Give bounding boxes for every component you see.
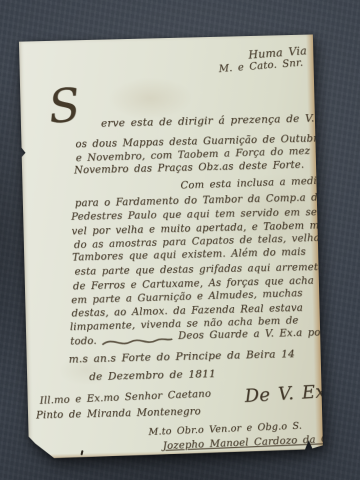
- manuscript-date-line: de Dezembro de 1811: [89, 368, 216, 383]
- pen-flourish: [100, 335, 174, 349]
- manuscript-line: todo.: [70, 336, 97, 348]
- addressee-line1: Ill.mo e Ex.mo Senhor Caetano: [40, 389, 212, 407]
- manuscript-line: Deos Guarde a V. Ex.a por: [178, 327, 326, 342]
- header-annotation-line2: M. e Cato. Snr.: [219, 58, 304, 75]
- opening-initial: S: [46, 81, 82, 130]
- manuscript-line: m.s an.s Forte do Principe da Beira 14: [69, 348, 295, 366]
- manuscript-photo: { "scene": { "description": "Photograph …: [0, 0, 360, 480]
- paper-sheet: Huma Via M. e Cato. Snr. S erve esta de …: [19, 34, 323, 459]
- manuscript-line: Com esta inclusa a medida: [180, 175, 329, 191]
- letter-paper: Huma Via M. e Cato. Snr. S erve esta de …: [19, 34, 323, 459]
- addressee-line2: Pinto de Miranda Montenegro: [36, 406, 201, 421]
